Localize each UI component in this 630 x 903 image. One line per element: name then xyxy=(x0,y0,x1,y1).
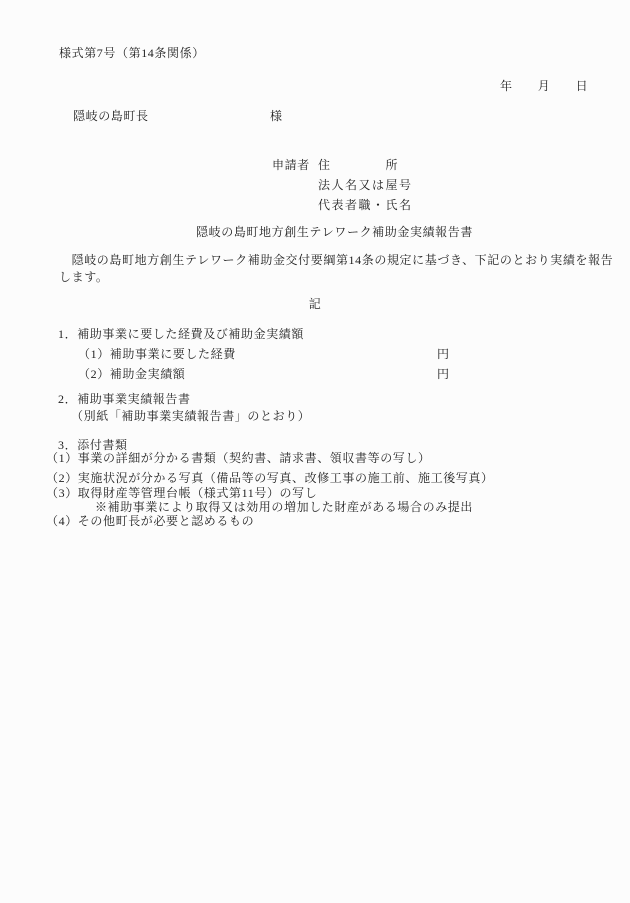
section3-item2-label: （2）実施状況が分かる写真（備品等の写真、改修工事の施工前、施工後写真） xyxy=(46,471,494,486)
applicant-address-field: 住 所 xyxy=(318,158,399,173)
section3-item1-label: （1）事業の詳細が分かる書類（契約書、請求書、領収書等の写し） xyxy=(46,451,431,466)
document-page: 様式第7号（第14条関係） 年 月 日 隠岐の島町長 様 申請者 住 所 法人名… xyxy=(0,0,630,903)
document-title: 隠岐の島町地方創生テレワーク補助金実績報告書 xyxy=(39,225,630,240)
record-marker: 記 xyxy=(0,297,630,312)
body-paragraph-line-2: します。 xyxy=(59,270,108,285)
section1-item1-label: （1）補助事業に要した経費 xyxy=(78,347,236,362)
section1-item1-unit: 円 xyxy=(437,347,450,362)
applicant-representative-field: 代表者職・氏名 xyxy=(318,198,413,213)
section1-heading: 1．補助事業に要した経費及び補助金実績額 xyxy=(58,327,304,342)
section2-heading: 2．補助事業実績報告書 xyxy=(58,392,191,407)
applicant-label: 申請者 xyxy=(272,158,310,173)
date-placeholder: 年 月 日 xyxy=(500,79,588,94)
addressee-honorific: 様 xyxy=(270,109,283,124)
addressee-name: 隠岐の島町長 xyxy=(73,109,149,124)
section2-attachment-note: （別紙「補助事業実績報告書」のとおり） xyxy=(71,409,310,424)
section3-item3-note: ※補助事業により取得又は効用の増加した財産がある場合のみ提出 xyxy=(95,500,473,515)
section1-item2-unit: 円 xyxy=(437,367,450,382)
body-paragraph-line-1: 隠岐の島町地方創生テレワーク補助金交付要綱第14条の規定に基づき、下記のとおり実… xyxy=(59,253,613,268)
form-number: 様式第7号（第14条関係） xyxy=(59,46,205,61)
section3-item4-label: （4）その他町長が必要と認めるもの xyxy=(46,514,254,529)
section3-item3-label: （3）取得財産等管理台帳（様式第11号）の写し xyxy=(46,486,317,501)
applicant-company-name-field: 法人名又は屋号 xyxy=(318,178,413,193)
section1-item2-label: （2）補助金実績額 xyxy=(78,367,185,382)
